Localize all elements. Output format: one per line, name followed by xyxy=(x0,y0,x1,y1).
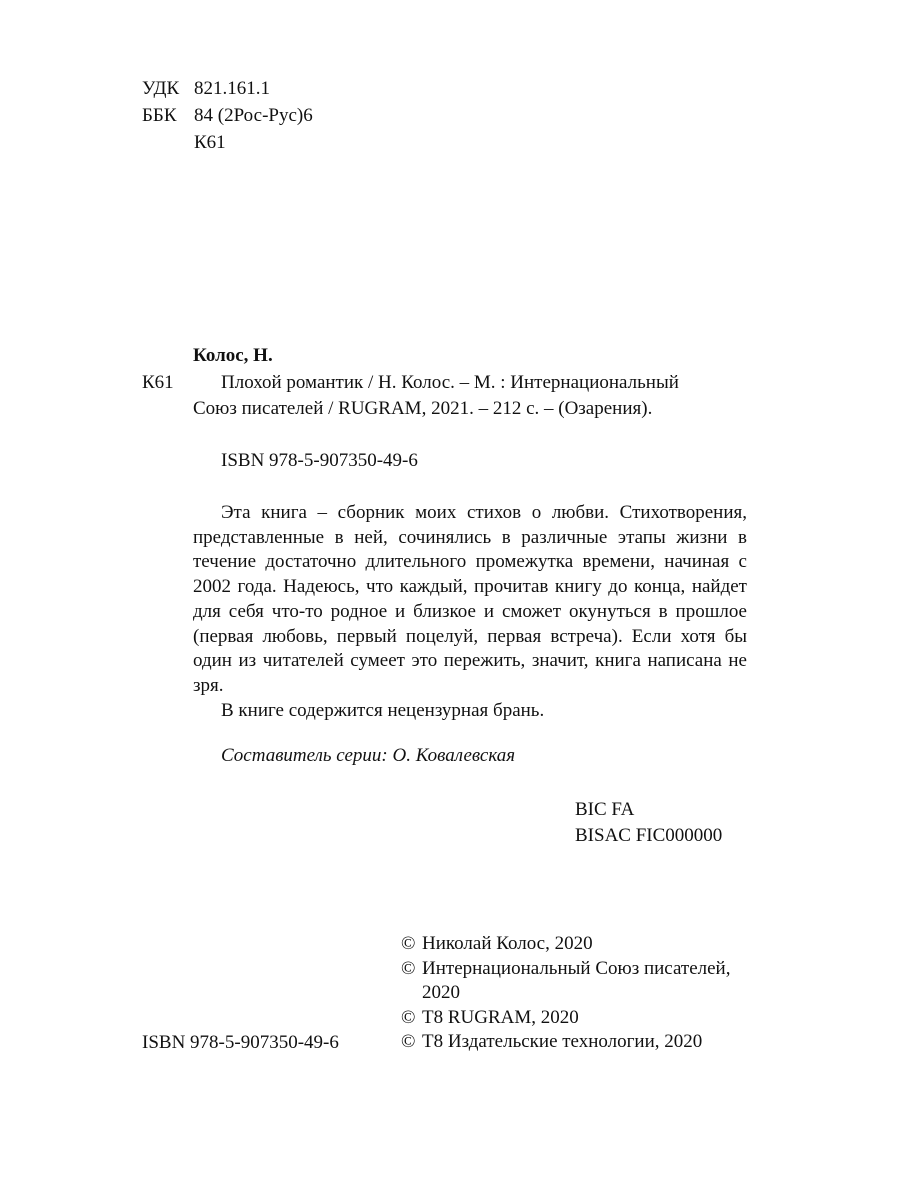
copyright-text: T8 Издательские технологии, 2020 xyxy=(422,1031,702,1052)
copyright-item: © Николай Колос, 2020 xyxy=(401,932,761,957)
copyright-symbol-icon: © xyxy=(401,957,415,982)
copyright-list: © Николай Колос, 2020 © Интернациональны… xyxy=(401,932,761,1055)
copyright-item: © T8 RUGRAM, 2020 xyxy=(401,1006,761,1031)
isbn: ISBN 978-5-907350-49-6 xyxy=(221,448,418,473)
bbk-value: 84 (2Рос-Рус)6 xyxy=(194,103,313,128)
annotation: Эта книга – сборник моих стихов о любви.… xyxy=(193,501,747,723)
bisac-code: BISAC FIC000000 xyxy=(575,823,722,848)
bibliographic-description-line-2: Союз писателей / RUGRAM, 2021. – 212 с. … xyxy=(193,396,652,421)
isbn-bottom: ISBN 978-5-907350-49-6 xyxy=(142,1030,339,1055)
udk-value: 821.161.1 xyxy=(194,76,270,101)
copyright-symbol-icon: © xyxy=(401,1006,415,1031)
annotation-paragraph: Эта книга – сборник моих стихов о любви.… xyxy=(193,501,747,699)
copyright-symbol-icon: © xyxy=(401,1030,415,1055)
cutter-mark: К61 xyxy=(142,370,174,395)
copyright-item: © T8 Издательские технологии, 2020 xyxy=(401,1030,761,1055)
bbk-label: ББК xyxy=(142,103,177,128)
copyright-text: T8 RUGRAM, 2020 xyxy=(422,1007,579,1028)
copyright-item: © Интернациональный Союз писателей, 2020 xyxy=(401,957,761,1006)
author-mark-value: К61 xyxy=(194,130,226,155)
bibliographic-description-line-1: Плохой романтик / Н. Колос. – М. : Интер… xyxy=(221,370,679,395)
series-compiler: Составитель серии: О. Ковалевская xyxy=(221,743,515,768)
author-heading: Колос, Н. xyxy=(193,343,273,368)
copyright-symbol-icon: © xyxy=(401,932,415,957)
annotation-warning: В книге содержится нецензурная брань. xyxy=(193,699,747,724)
udk-label: УДК xyxy=(142,76,179,101)
copyright-text: Интернациональный Союз писателей, 2020 xyxy=(422,958,730,1004)
copyright-text: Николай Колос, 2020 xyxy=(422,933,593,954)
bic-code: BIC FA xyxy=(575,797,634,822)
